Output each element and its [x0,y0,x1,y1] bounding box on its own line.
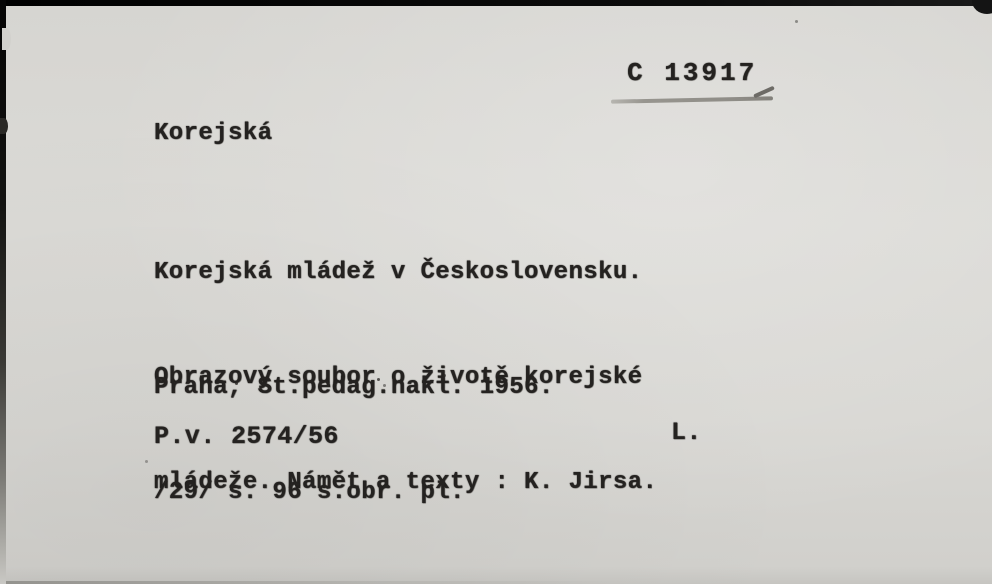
title-line: Korejská mládež v Československu. [154,255,657,290]
call-number-underline [611,96,773,103]
imprint-line: /29/ s. 96 s.obr. pl. [154,475,554,510]
heading-entry-word: Korejská [154,120,272,147]
scan-left-edge-blot [0,118,8,134]
accession-number: P.v. 2574/56 [154,422,339,451]
call-number: C 13917 [627,58,757,88]
imprint-line: Praha, St.pedag.nakl. 1956. [154,370,554,405]
catalog-card: C 13917 Korejská Korejská mládež v Česko… [5,6,992,584]
catalog-card-scan: C 13917 Korejská Korejská mládež v Česko… [0,0,992,584]
scan-left-edge-notch [2,28,11,50]
scan-top-edge [0,0,992,6]
scan-left-edge [0,0,6,584]
letter-mark: L. [671,418,702,447]
ink-specks [235,382,238,385]
